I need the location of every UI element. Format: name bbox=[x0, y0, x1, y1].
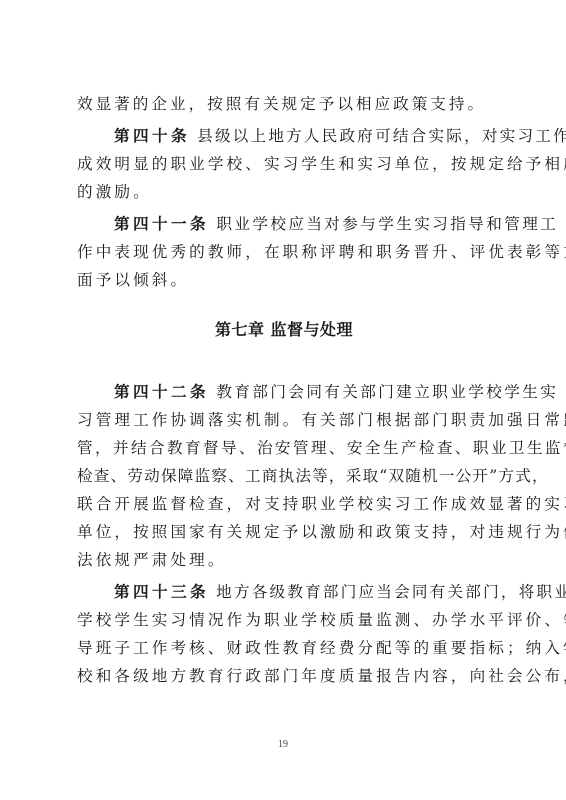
text-line: 效显著的企业，按照有关规定予以相应政策支持。 bbox=[77, 90, 491, 118]
article-43-line-1: 第四十三条 地方各级教育部门应当会同有关部门，将职业 bbox=[77, 578, 491, 606]
text-span: 县级以上地方人民政府可结合实际，对实习工作 bbox=[197, 127, 566, 145]
article-41-heading: 第四十一条 bbox=[114, 214, 209, 233]
text-line: 习管理工作协调落实机制。有关部门根据部门职责加强日常监 bbox=[77, 406, 491, 434]
text-span: 职业学校应当对参与学生实习指导和管理工 bbox=[216, 215, 558, 233]
text-line: 检查、劳动保障监察、工商执法等，采取“双随机一公开”方式， bbox=[77, 462, 491, 490]
text-line: 的激励。 bbox=[77, 178, 491, 206]
article-42-line-1: 第四十二条 教育部门会同有关部门建立职业学校学生实 bbox=[77, 378, 491, 406]
text-line: 联合开展监督检查，对支持职业学校实习工作成效显著的实习 bbox=[77, 490, 491, 518]
text-line: 管，并结合教育督导、治安管理、安全生产检查、职业卫生监督 bbox=[77, 434, 491, 462]
article-42-heading: 第四十二条 bbox=[114, 382, 209, 401]
chapter-title: 第七章 监督与处理 bbox=[77, 316, 491, 344]
text-line: 法依规严肃处理。 bbox=[77, 546, 491, 574]
text-line: 单位，按照国家有关规定予以激励和政策支持，对违规行为依 bbox=[77, 518, 491, 546]
text-line: 作中表现优秀的教师，在职称评聘和职务晋升、评优表彰等方 bbox=[77, 238, 491, 266]
document-page: 效显著的企业，按照有关规定予以相应政策支持。 第四十条 县级以上地方人民政府可结… bbox=[77, 90, 491, 690]
text-line: 导班子工作考核、财政性教育经费分配等的重要指标；纳入学 bbox=[77, 634, 491, 662]
text-span: 地方各级教育部门应当会同有关部门，将职业 bbox=[216, 583, 566, 601]
text-line: 校和各级地方教育行政部门年度质量报告内容，向社会公布， bbox=[77, 662, 491, 690]
text-span: 教育部门会同有关部门建立职业学校学生实 bbox=[216, 383, 558, 401]
text-line: 学校学生实习情况作为职业学校质量监测、办学水平评价、领 bbox=[77, 606, 491, 634]
text-line: 面予以倾斜。 bbox=[77, 266, 491, 294]
article-40-heading: 第四十条 bbox=[114, 126, 190, 145]
article-40-line-1: 第四十条 县级以上地方人民政府可结合实际，对实习工作 bbox=[77, 122, 491, 150]
article-41-line-1: 第四十一条 职业学校应当对参与学生实习指导和管理工 bbox=[77, 210, 491, 238]
article-43-heading: 第四十三条 bbox=[114, 582, 209, 601]
text-line: 成效明显的职业学校、实习学生和实习单位，按规定给予相应 bbox=[77, 150, 491, 178]
page-number: 19 bbox=[0, 739, 566, 750]
